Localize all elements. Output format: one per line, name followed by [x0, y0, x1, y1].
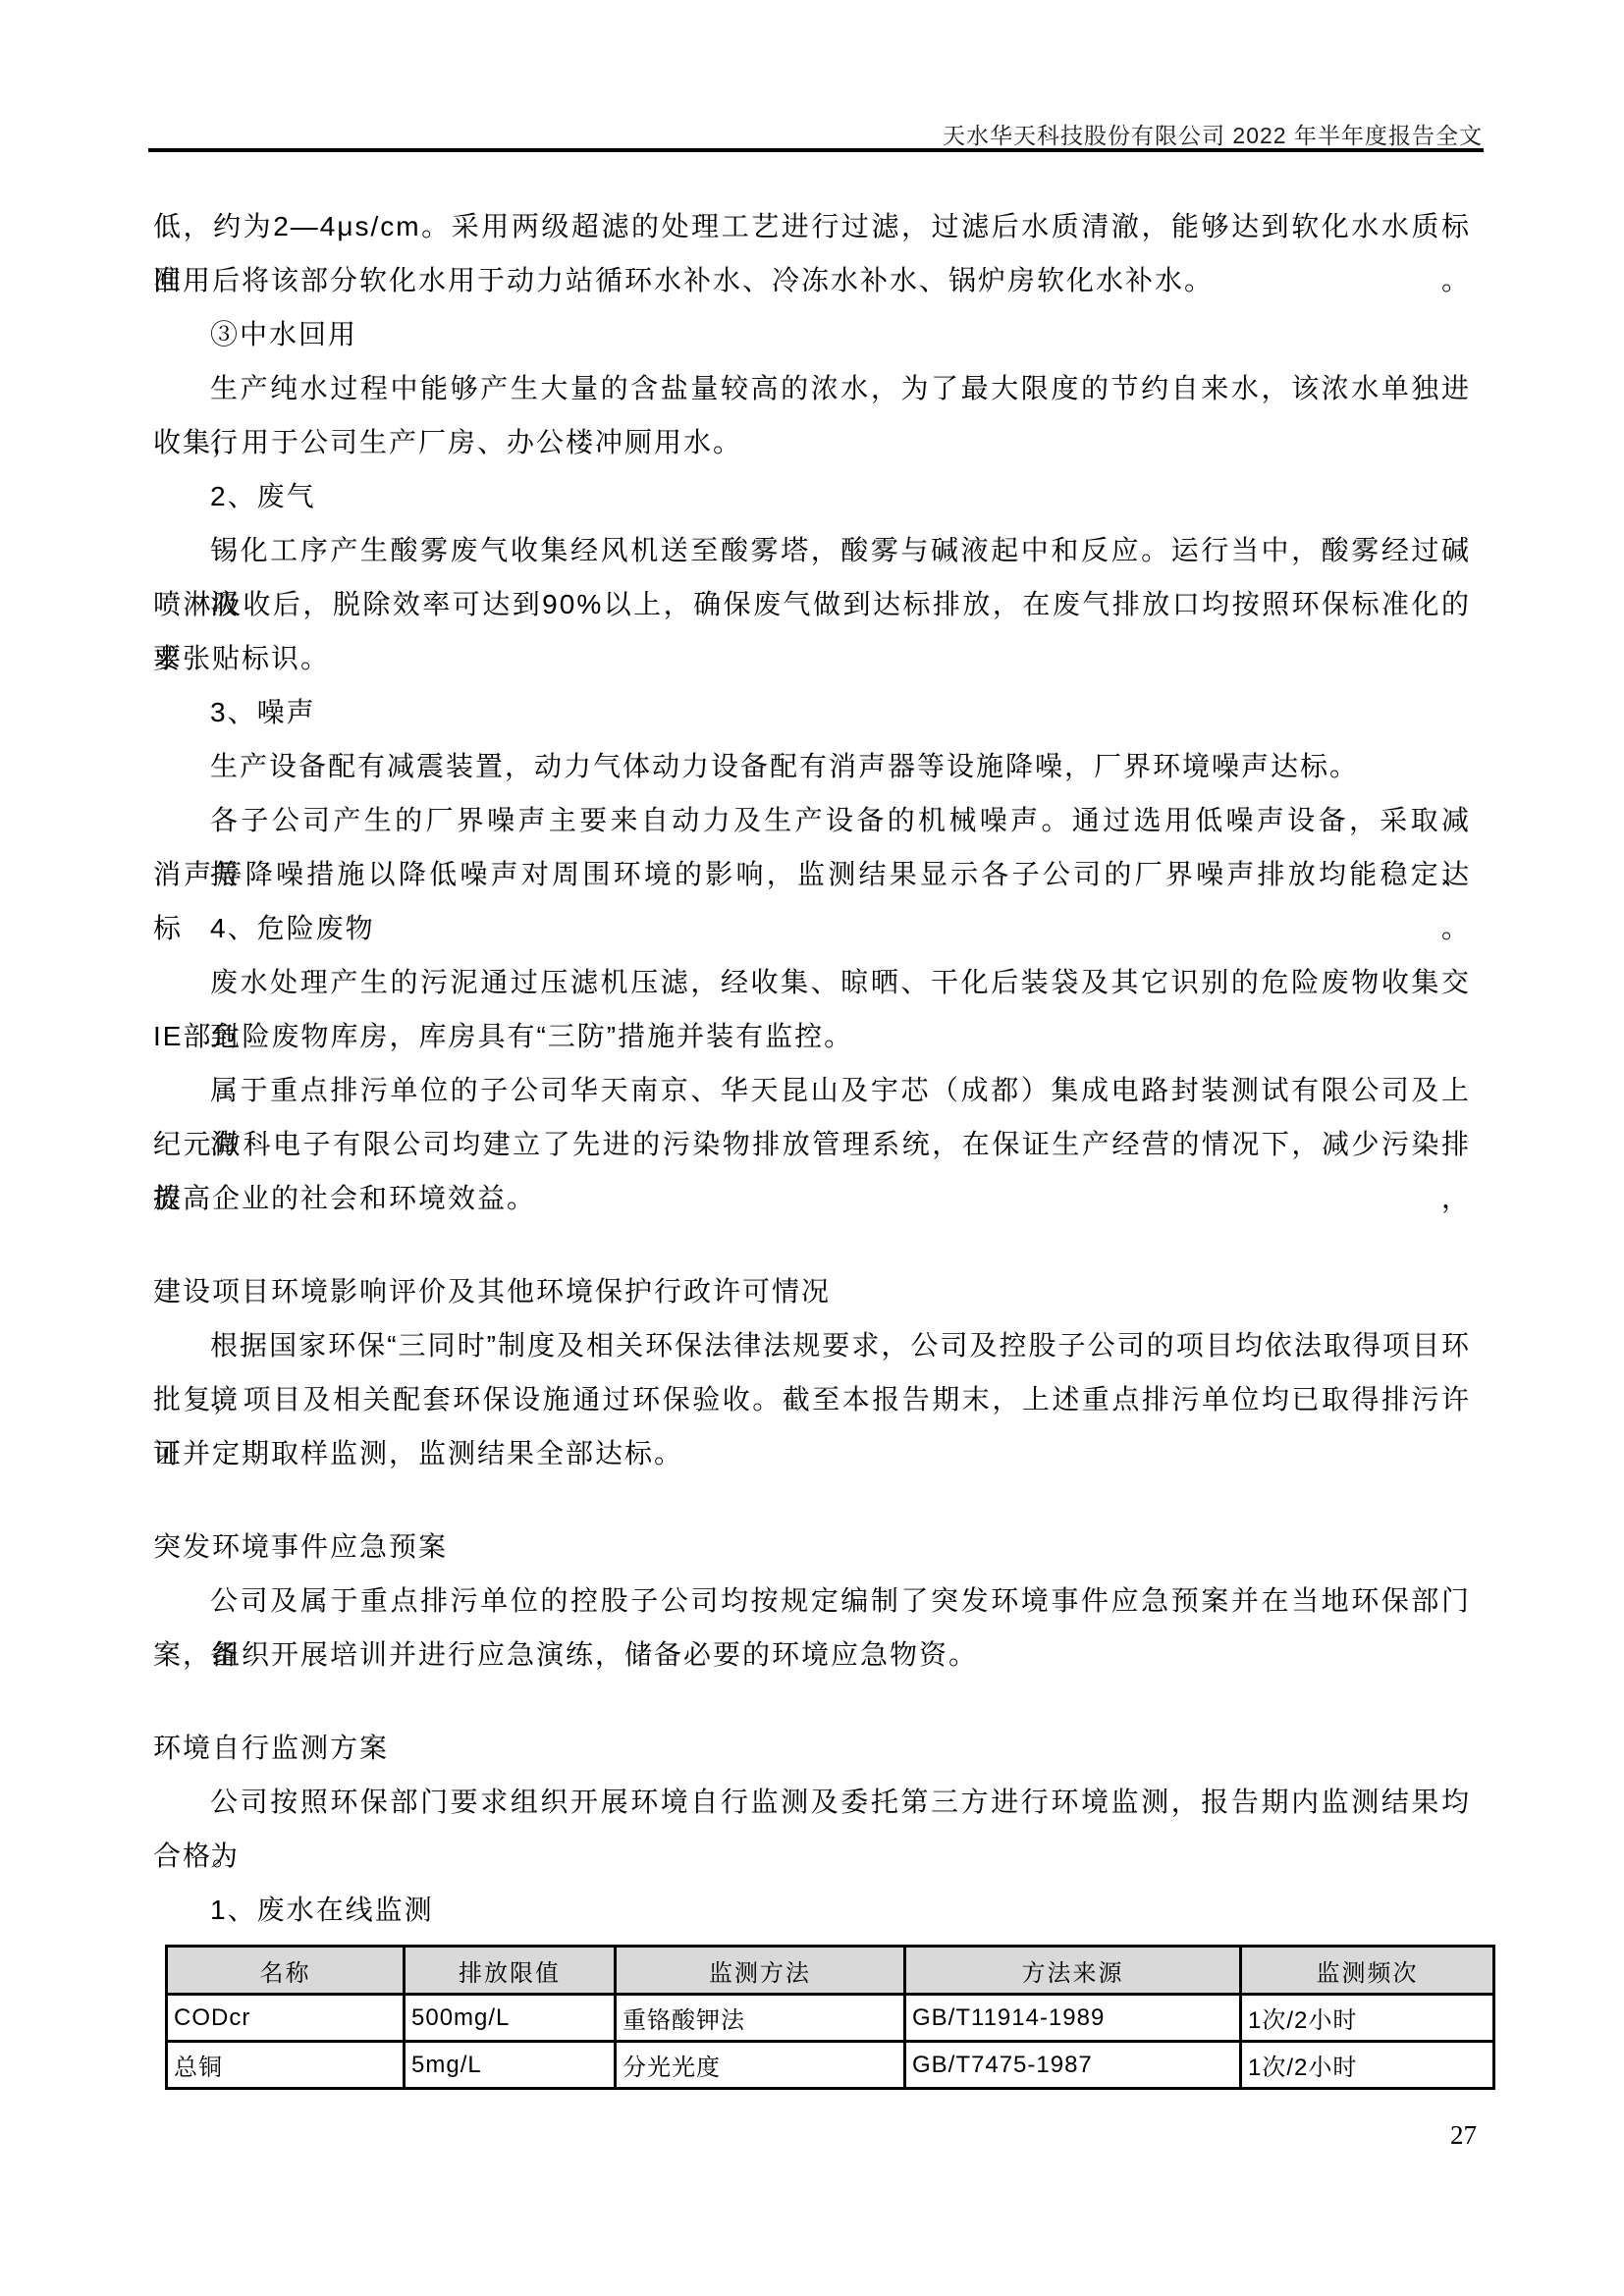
table-cell: 1次/2小时: [1241, 2042, 1494, 2089]
table-row: CODcr500mg/L重铬酸钾法GB/T11914-19891次/2小时: [167, 1995, 1494, 2042]
text-line: 喷淋吸收后，脱除效率可达到90%以上，确保废气做到达标排放，在废气排放口均按照环…: [153, 577, 1471, 631]
table-cell: GB/T7475-1987: [905, 2042, 1241, 2089]
section-heading: 建设项目环境影响评价及其他环境保护行政许可情况: [153, 1264, 1471, 1318]
table-cell: 1次/2小时: [1241, 1995, 1494, 2042]
document-body: 低，约为2—4μs/cm。采用两级超滤的处理工艺进行过滤，过滤后水质清澈，能够达…: [153, 199, 1471, 2090]
text-line: 纪元微科电子有限公司均建立了先进的污染物排放管理系统，在保证生产经营的情况下，减…: [153, 1117, 1471, 1171]
text-line: 锡化工序产生酸雾废气收集经风机送至酸雾塔，酸雾与碱液起中和反应。运行当中，酸雾经…: [153, 523, 1471, 577]
list-item-heading: 1、废水在线监测: [153, 1883, 1471, 1937]
text-line: 公司按照环保部门要求组织开展环境自行监测及委托第三方进行环境监测，报告期内监测结…: [153, 1775, 1471, 1829]
table-header-cell: 方法来源: [905, 1947, 1241, 1995]
page-number: 27: [1450, 2120, 1477, 2151]
report-header-title: 天水华天科技股份有限公司 2022 年半年度报告全文: [943, 118, 1483, 150]
table-header-row: 名称排放限值监测方法方法来源监测频次: [167, 1947, 1494, 1995]
table-cell: 总铜: [167, 2042, 405, 2089]
text-line: 生产纯水过程中能够产生大量的含盐量较高的浓水，为了最大限度的节约自来水，该浓水单…: [153, 361, 1471, 415]
list-item-heading: 3、噪声: [153, 685, 1471, 739]
table-header-cell: 名称: [167, 1947, 405, 1995]
table-cell: 分光光度: [616, 2042, 905, 2089]
text-line: 废水处理产生的污泥通过压滤机压滤，经收集、晾晒、干化后装袋及其它识别的危险废物收…: [153, 955, 1471, 1009]
text-line: 案，组织开展培训并进行应急演练，储备必要的环境应急物资。: [153, 1628, 1471, 1682]
table-cell: CODcr: [167, 1995, 405, 2042]
table-header-cell: 排放限值: [405, 1947, 616, 1995]
text-line: 证并定期取样监测，监测结果全部达标。: [153, 1426, 1471, 1480]
header-rule: [148, 148, 1484, 152]
text-line: 生产设备配有减震装置，动力气体动力设备配有消声器等设施降噪，厂界环境噪声达标。: [153, 739, 1471, 793]
text-line: 公司及属于重点排污单位的控股子公司均按规定编制了突发环境事件应急预案并在当地环保…: [153, 1574, 1471, 1628]
text-line: 消声等降噪措施以降低噪声对周围环境的影响，监测结果显示各子公司的厂界噪声排放均能…: [153, 847, 1471, 901]
text-line: 批复，项目及相关配套环保设施通过环保验收。截至本报告期末，上述重点排污单位均已取…: [153, 1372, 1471, 1426]
text-line: 低，约为2—4μs/cm。采用两级超滤的处理工艺进行过滤，过滤后水质清澈，能够达…: [153, 199, 1471, 253]
table-header-cell: 监测方法: [616, 1947, 905, 1995]
text-line: 各子公司产生的厂界噪声主要来自动力及生产设备的机械噪声。通过选用低噪声设备，采取…: [153, 793, 1471, 847]
text-line: 合格。: [153, 1829, 1471, 1883]
table-header-cell: 监测频次: [1241, 1947, 1494, 1995]
list-item-heading: 2、废气: [153, 469, 1471, 523]
wastewater-monitoring-table: 名称排放限值监测方法方法来源监测频次CODcr500mg/L重铬酸钾法GB/T1…: [165, 1945, 1495, 2090]
table-cell: 5mg/L: [405, 2042, 616, 2089]
text-line: 收集，用于公司生产厂房、办公楼冲厕用水。: [153, 415, 1471, 469]
table-row: 总铜5mg/L分光光度GB/T7475-19871次/2小时: [167, 2042, 1494, 2089]
text-line: 属于重点排污单位的子公司华天南京、华天昆山及宇芯（成都）集成电路封装测试有限公司…: [153, 1063, 1471, 1117]
text-line: 求张贴标识。: [153, 631, 1471, 685]
text-line: 根据国家环保“三同时”制度及相关环保法律法规要求，公司及控股子公司的项目均依法取…: [153, 1318, 1471, 1372]
table-cell: 500mg/L: [405, 1995, 616, 2042]
text-line: IE部危险废物库房，库房具有“三防”措施并装有监控。: [153, 1009, 1471, 1063]
table-cell: GB/T11914-1989: [905, 1995, 1241, 2042]
table-cell: 重铬酸钾法: [616, 1995, 905, 2042]
section-heading: 环境自行监测方案: [153, 1721, 1471, 1775]
document-page: 天水华天科技股份有限公司 2022 年半年度报告全文 低，约为2—4μs/cm。…: [0, 0, 1624, 2296]
section-heading: 突发环境事件应急预案: [153, 1520, 1471, 1574]
list-item-heading: ③中水回用: [153, 307, 1471, 361]
